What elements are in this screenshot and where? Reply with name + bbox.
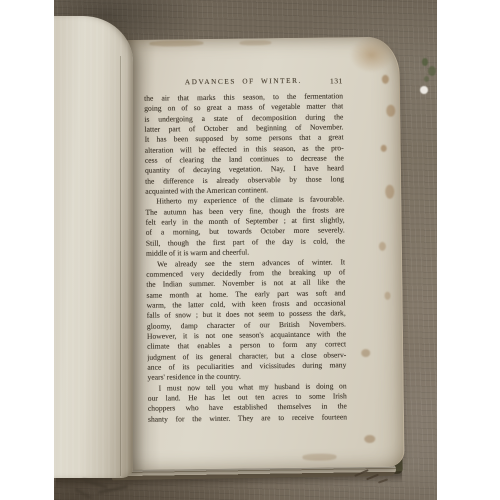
running-header: ADVANCES OF WINTER. [144, 75, 343, 88]
page-header: ADVANCES OF WINTER. 131 [144, 75, 343, 88]
foxing-spot [379, 242, 386, 251]
page-text: the air that marks this season, to the f… [144, 91, 347, 424]
foxing-spot [361, 349, 370, 357]
fore-edge-line [120, 56, 121, 476]
text-line: shanty for the winter. They are to recei… [148, 412, 347, 425]
foxing-spot [382, 75, 389, 84]
table-smudge [74, 488, 91, 500]
foxing-spot [385, 185, 394, 199]
pin-highlight-dot [420, 86, 428, 94]
book-page: ADVANCES OF WINTER. 131 the air that mar… [121, 37, 404, 470]
book-photo: ADVANCES OF WINTER. 131 the air that mar… [54, 0, 437, 500]
moss-stain [422, 58, 428, 66]
foxing-spot [381, 145, 387, 152]
foxing-spot [384, 292, 390, 300]
page-number: 131 [330, 75, 343, 86]
foxing-spot [364, 435, 375, 443]
foxing-spot [302, 453, 336, 460]
foxing-spot [386, 105, 395, 117]
foxing-spot [149, 40, 203, 47]
curled-left-pages [54, 16, 133, 478]
moss-stain [428, 66, 436, 76]
foxing-spot [349, 37, 393, 74]
moss-stain [424, 76, 429, 82]
foxing-spot [239, 40, 271, 45]
